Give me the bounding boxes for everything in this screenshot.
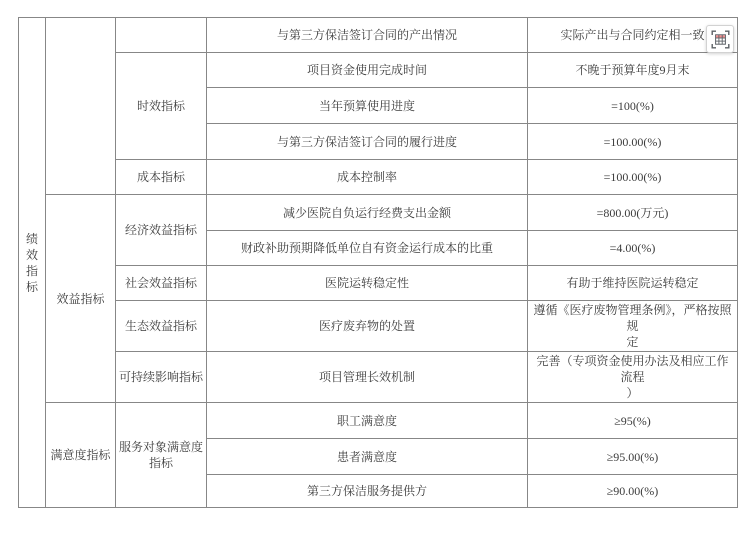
table-row: 绩效 指标 与第三方保洁签订合同的产出情况 实际产出与合同约定相一致	[19, 18, 738, 53]
table-row: 社会效益指标 医院运转稳定性 有助于维持医院运转稳定	[19, 266, 738, 301]
cell-indicator: 减少医院自负运行经费支出金额	[207, 195, 528, 231]
cell-value: =800.00(万元)	[528, 195, 738, 231]
cell-sub-social: 社会效益指标	[116, 266, 207, 301]
table-row: 满意度指标 服务对象满意度 指标 职工满意度 ≥95(%)	[19, 403, 738, 439]
table-row: 成本指标 成本控制率 =100.00(%)	[19, 160, 738, 195]
cell-value: =100.00(%)	[528, 124, 738, 160]
cell-sub-continued	[116, 18, 207, 53]
cell-value: ≥95(%)	[528, 403, 738, 439]
cell-indicator: 医院运转稳定性	[207, 266, 528, 301]
performance-indicator-table: 绩效 指标 与第三方保洁签订合同的产出情况 实际产出与合同约定相一致 时效指标 …	[18, 17, 738, 508]
cell-indicator: 患者满意度	[207, 439, 528, 475]
cell-indicator: 成本控制率	[207, 160, 528, 195]
table-row: 效益指标 经济效益指标 减少医院自负运行经费支出金额 =800.00(万元)	[19, 195, 738, 231]
table-row: 时效指标 项目资金使用完成时间 不晚于预算年度9月末	[19, 53, 738, 88]
cell-indicator: 医疗废弃物的处置	[207, 301, 528, 352]
cell-sub-timeliness: 时效指标	[116, 53, 207, 160]
cell-indicator: 项目资金使用完成时间	[207, 53, 528, 88]
cell-value: ≥95.00(%)	[528, 439, 738, 475]
cell-category-performance: 绩效 指标	[19, 18, 46, 508]
cell-indicator: 与第三方保洁签订合同的履行进度	[207, 124, 528, 160]
cell-sub-service-target: 服务对象满意度 指标	[116, 403, 207, 508]
cell-indicator: 职工满意度	[207, 403, 528, 439]
table-extract-icon	[711, 30, 730, 49]
table-row: 生态效益指标 医疗废弃物的处置 遵循《医疗废物管理条例》，严格按照规 定	[19, 301, 738, 352]
cell-value: 遵循《医疗废物管理条例》，严格按照规 定	[528, 301, 738, 352]
cell-value: =4.00(%)	[528, 231, 738, 266]
extract-table-button[interactable]	[706, 25, 734, 53]
cell-group-benefit: 效益指标	[46, 195, 116, 403]
cell-indicator: 当年预算使用进度	[207, 88, 528, 124]
cell-sub-sustainable: 可持续影响指标	[116, 352, 207, 403]
cell-value: 完善（专项资金使用办法及相应工作流程 ）	[528, 352, 738, 403]
cell-group-continued	[46, 18, 116, 195]
cell-indicator: 与第三方保洁签订合同的产出情况	[207, 18, 528, 53]
cell-indicator: 项目管理长效机制	[207, 352, 528, 403]
cell-value: =100(%)	[528, 88, 738, 124]
cell-sub-ecological: 生态效益指标	[116, 301, 207, 352]
cell-indicator: 财政补助预期降低单位自有资金运行成本的比重	[207, 231, 528, 266]
cell-sub-cost: 成本指标	[116, 160, 207, 195]
cell-value: =100.00(%)	[528, 160, 738, 195]
document-page: 绩效 指标 与第三方保洁签订合同的产出情况 实际产出与合同约定相一致 时效指标 …	[0, 0, 748, 536]
cell-value: 不晚于预算年度9月末	[528, 53, 738, 88]
cell-group-satisfaction: 满意度指标	[46, 403, 116, 508]
table-row: 可持续影响指标 项目管理长效机制 完善（专项资金使用办法及相应工作流程 ）	[19, 352, 738, 403]
cell-sub-economic: 经济效益指标	[116, 195, 207, 266]
cell-value: ≥90.00(%)	[528, 475, 738, 508]
cell-value: 有助于维持医院运转稳定	[528, 266, 738, 301]
cell-indicator: 第三方保洁服务提供方	[207, 475, 528, 508]
